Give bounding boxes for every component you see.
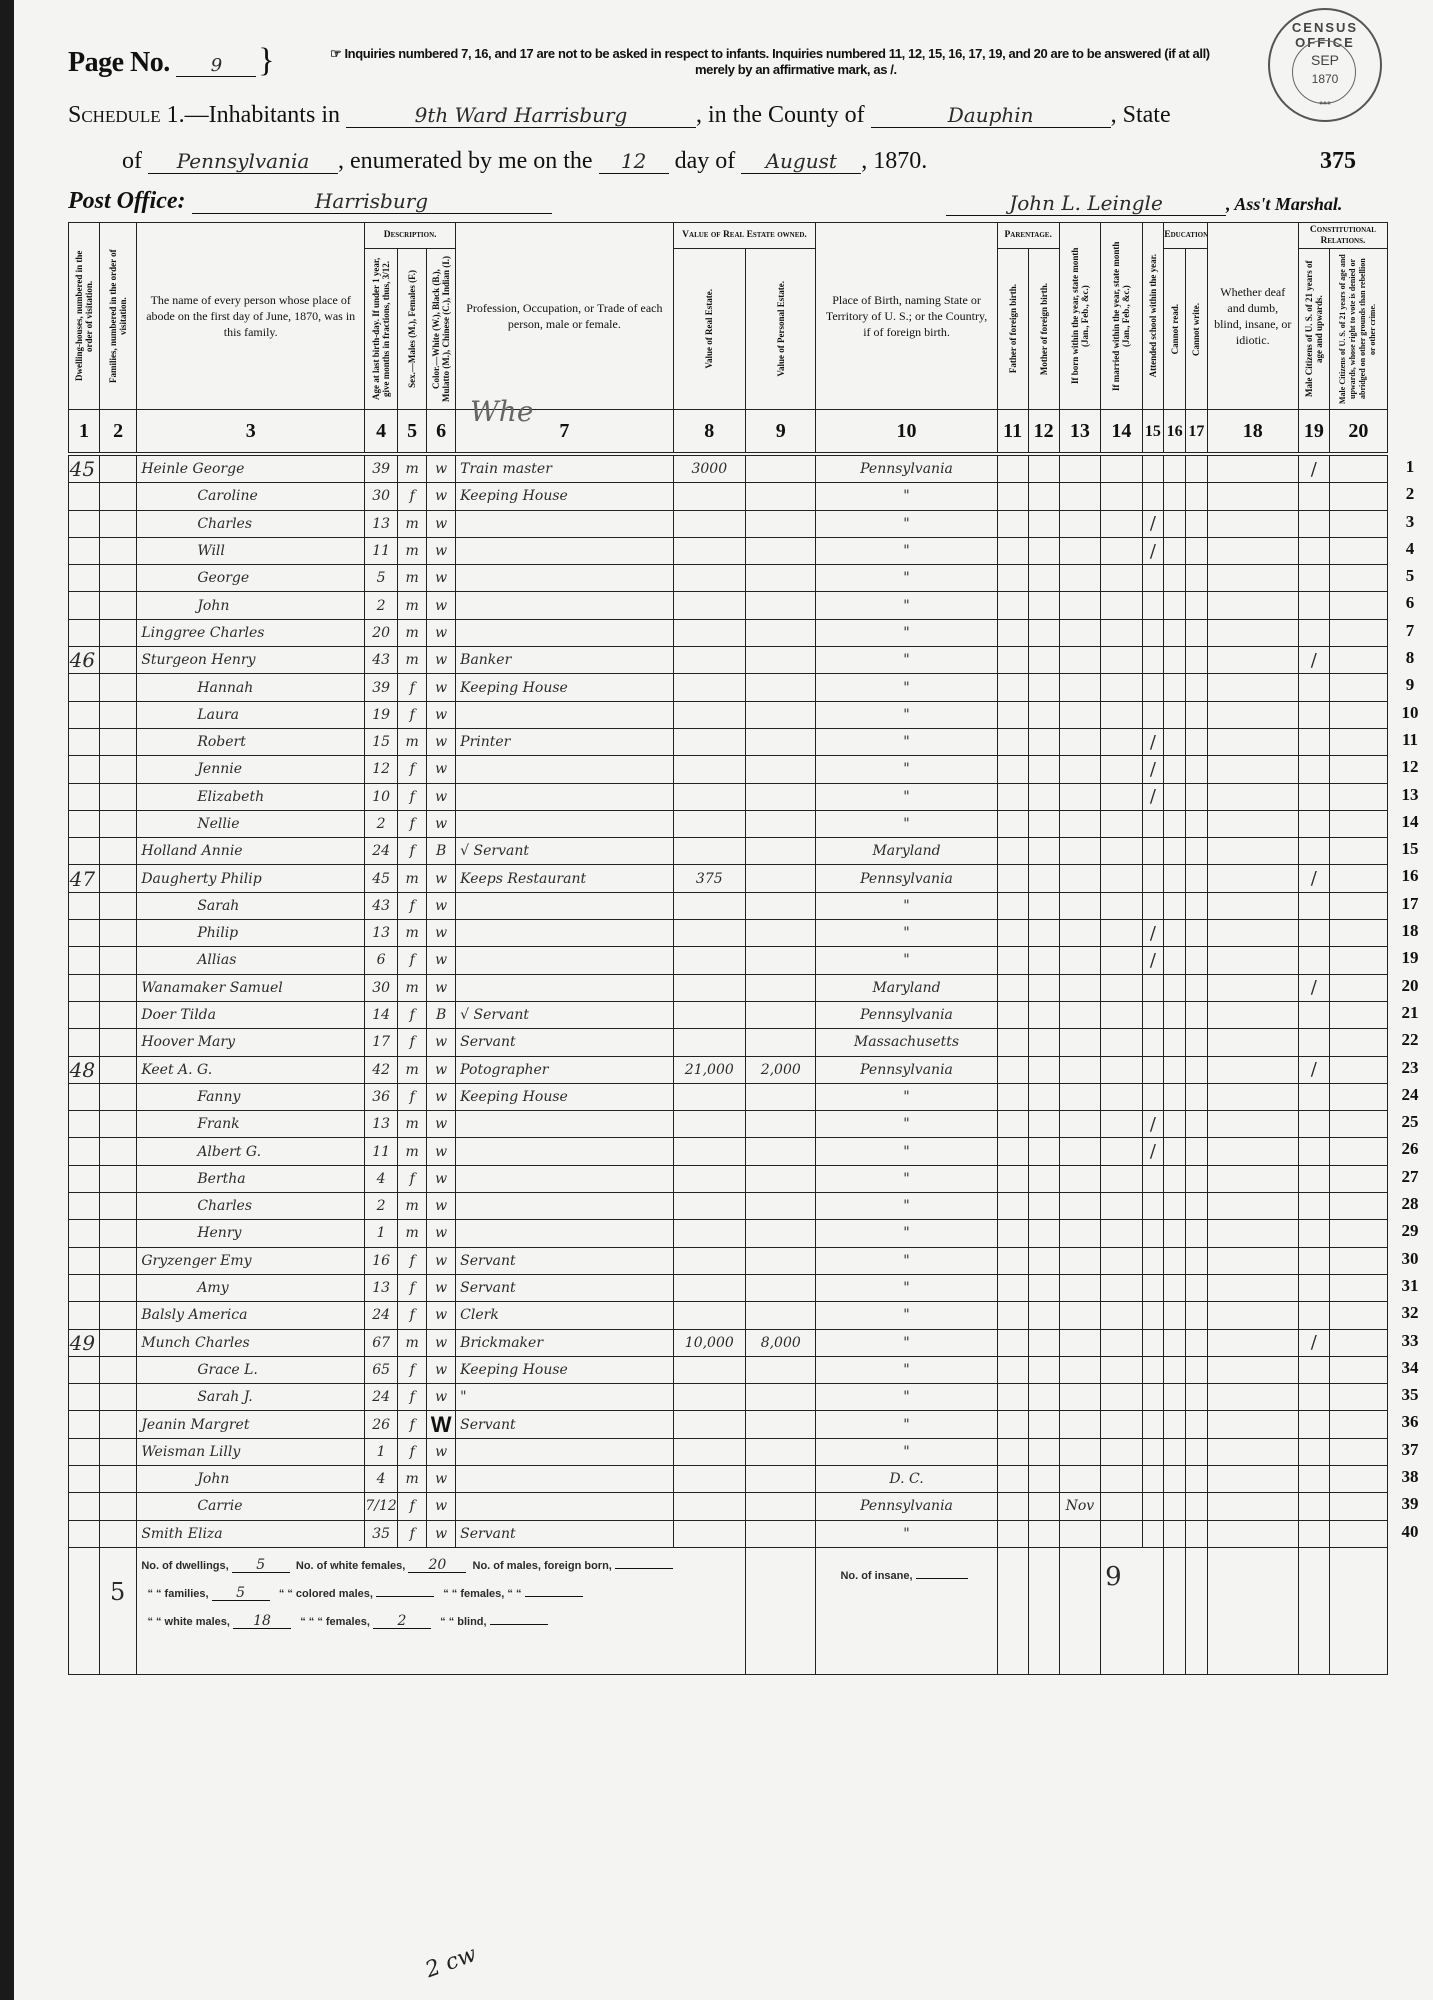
dwelling-number xyxy=(69,1111,100,1138)
attended-school xyxy=(1142,892,1164,919)
cannot-read xyxy=(1164,947,1186,974)
real-estate-value xyxy=(673,565,745,592)
dwelling-number xyxy=(69,1493,100,1520)
sex: f xyxy=(398,483,427,510)
person-name: Fanny xyxy=(137,1083,365,1110)
person-name: Jennie xyxy=(137,756,365,783)
line-number: 27 xyxy=(1390,1163,1430,1190)
real-estate-value xyxy=(673,947,745,974)
married-month xyxy=(1101,810,1142,837)
male-citizen xyxy=(1298,1001,1329,1028)
age: 11 xyxy=(365,537,398,564)
sex: f xyxy=(398,1165,427,1192)
married-month xyxy=(1101,892,1142,919)
mother-foreign xyxy=(1028,974,1059,1001)
birthplace: " xyxy=(816,1356,997,1383)
father-foreign xyxy=(997,783,1028,810)
line-number: 36 xyxy=(1390,1408,1430,1435)
vote-denied xyxy=(1329,1001,1387,1028)
dwelling-number xyxy=(69,756,100,783)
disability xyxy=(1207,592,1298,619)
married-month xyxy=(1101,1493,1142,1520)
cannot-read xyxy=(1164,537,1186,564)
color: w xyxy=(427,756,456,783)
occupation: Banker xyxy=(456,647,673,674)
cannot-write xyxy=(1185,1001,1207,1028)
table-row: Hannah39fwKeeping House" xyxy=(69,674,1388,701)
real-estate-value: 10,000 xyxy=(673,1329,745,1356)
color: w xyxy=(427,1356,456,1383)
vote-denied xyxy=(1329,1029,1387,1056)
attended-school xyxy=(1142,483,1164,510)
father-foreign xyxy=(997,1247,1028,1274)
cannot-read xyxy=(1164,810,1186,837)
vote-denied xyxy=(1329,783,1387,810)
born-month xyxy=(1059,1220,1100,1247)
color: w xyxy=(427,647,456,674)
color: w xyxy=(427,1302,456,1329)
age: 13 xyxy=(365,920,398,947)
age: 12 xyxy=(365,756,398,783)
sex: m xyxy=(398,1111,427,1138)
sex: m xyxy=(398,1220,427,1247)
cannot-read xyxy=(1164,674,1186,701)
married-month xyxy=(1101,1520,1142,1547)
page-number: Page No. 9} xyxy=(68,42,274,80)
mother-foreign xyxy=(1028,1329,1059,1356)
line-number: 33 xyxy=(1390,1327,1430,1354)
father-foreign xyxy=(997,728,1028,755)
line-number: 28 xyxy=(1390,1190,1430,1217)
cannot-write xyxy=(1185,1193,1207,1220)
real-estate-value xyxy=(673,1138,745,1165)
born-month xyxy=(1059,1029,1100,1056)
father-foreign xyxy=(997,947,1028,974)
male-citizen xyxy=(1298,1411,1329,1438)
table-row: Amy13fwServant" xyxy=(69,1274,1388,1301)
birthplace: " xyxy=(816,701,997,728)
vote-denied xyxy=(1329,1465,1387,1492)
age: 24 xyxy=(365,1302,398,1329)
age: 13 xyxy=(365,1274,398,1301)
cannot-write xyxy=(1185,810,1207,837)
vote-denied xyxy=(1329,454,1387,483)
family-number xyxy=(100,701,137,728)
mother-foreign xyxy=(1028,1111,1059,1138)
personal-estate-value xyxy=(746,974,816,1001)
line-number: 35 xyxy=(1390,1381,1430,1408)
scan-edge xyxy=(0,0,14,2000)
cannot-write xyxy=(1185,892,1207,919)
family-number xyxy=(100,1465,137,1492)
cannot-read xyxy=(1164,1493,1186,1520)
occupation: Potographer xyxy=(456,1056,673,1083)
vote-denied xyxy=(1329,728,1387,755)
cannot-read xyxy=(1164,592,1186,619)
attended-school xyxy=(1142,701,1164,728)
person-name: Hoover Mary xyxy=(137,1029,365,1056)
person-name: Holland Annie xyxy=(137,838,365,865)
attended-school xyxy=(1142,1302,1164,1329)
male-citizen xyxy=(1298,1465,1329,1492)
family-number xyxy=(100,1083,137,1110)
column-numbers: 1234567891011121314151617181920 xyxy=(69,410,1388,455)
person-name: Sarah xyxy=(137,892,365,919)
personal-estate-value xyxy=(746,619,816,646)
disability xyxy=(1207,701,1298,728)
occupation: Keeping House xyxy=(456,483,673,510)
male-citizen xyxy=(1298,1111,1329,1138)
table-row: John2mw" xyxy=(69,592,1388,619)
family-number xyxy=(100,756,137,783)
table-row: 47Daugherty Philip45mwKeeps Restaurant37… xyxy=(69,865,1388,892)
attended-school: / xyxy=(1142,920,1164,947)
male-citizen xyxy=(1298,1029,1329,1056)
cannot-write xyxy=(1185,1247,1207,1274)
married-month xyxy=(1101,537,1142,564)
personal-estate-value xyxy=(746,674,816,701)
table-row: Nellie2fw" xyxy=(69,810,1388,837)
occupation: Keeping House xyxy=(456,674,673,701)
line-number: 40 xyxy=(1390,1518,1430,1545)
line-number: 14 xyxy=(1390,808,1430,835)
line-number: 23 xyxy=(1390,1054,1430,1081)
color: w xyxy=(427,947,456,974)
married-month xyxy=(1101,701,1142,728)
table-row: Laura19fw" xyxy=(69,701,1388,728)
father-foreign xyxy=(997,454,1028,483)
cannot-write xyxy=(1185,974,1207,1001)
married-month xyxy=(1101,1329,1142,1356)
father-foreign xyxy=(997,1274,1028,1301)
real-estate-value: 375 xyxy=(673,865,745,892)
birthplace: " xyxy=(816,947,997,974)
color: w xyxy=(427,1438,456,1465)
cannot-read xyxy=(1164,1438,1186,1465)
sex: m xyxy=(398,1138,427,1165)
cannot-write xyxy=(1185,1220,1207,1247)
table-row: Holland Annie24fB√ ServantMaryland xyxy=(69,838,1388,865)
line-number: 37 xyxy=(1390,1436,1430,1463)
personal-estate-value xyxy=(746,483,816,510)
color: w xyxy=(427,454,456,483)
mother-foreign xyxy=(1028,1193,1059,1220)
personal-estate-value xyxy=(746,892,816,919)
born-month xyxy=(1059,510,1100,537)
line-number: 12 xyxy=(1390,753,1430,780)
occupation: Servant xyxy=(456,1247,673,1274)
mother-foreign xyxy=(1028,783,1059,810)
mother-foreign xyxy=(1028,674,1059,701)
cannot-read xyxy=(1164,728,1186,755)
father-foreign xyxy=(997,1220,1028,1247)
family-number xyxy=(100,1438,137,1465)
born-month xyxy=(1059,674,1100,701)
table-row: Albert G.11mw"/ xyxy=(69,1138,1388,1165)
personal-estate-value xyxy=(746,510,816,537)
color: w xyxy=(427,1520,456,1547)
mother-foreign xyxy=(1028,1384,1059,1411)
father-foreign xyxy=(997,1356,1028,1383)
line-number: 31 xyxy=(1390,1272,1430,1299)
father-foreign xyxy=(997,1029,1028,1056)
married-month xyxy=(1101,1220,1142,1247)
age: 15 xyxy=(365,728,398,755)
color: W xyxy=(427,1411,456,1438)
father-foreign xyxy=(997,1056,1028,1083)
disability xyxy=(1207,510,1298,537)
person-name: Balsly America xyxy=(137,1302,365,1329)
male-citizen: / xyxy=(1298,1056,1329,1083)
real-estate-value xyxy=(673,701,745,728)
table-row: Jennie12fw"/ xyxy=(69,756,1388,783)
attended-school xyxy=(1142,1220,1164,1247)
cannot-write xyxy=(1185,647,1207,674)
attended-school: / xyxy=(1142,728,1164,755)
occupation xyxy=(456,892,673,919)
school-total: 9 xyxy=(1101,1547,1164,1674)
table-row: Bertha4fw" xyxy=(69,1165,1388,1192)
sex: f xyxy=(398,1384,427,1411)
day-value: 12 xyxy=(599,149,669,174)
cannot-write xyxy=(1185,1520,1207,1547)
person-name: Daugherty Philip xyxy=(137,865,365,892)
real-estate-value xyxy=(673,537,745,564)
born-month xyxy=(1059,920,1100,947)
cannot-write xyxy=(1185,592,1207,619)
born-month xyxy=(1059,974,1100,1001)
census-rows: 45Heinle George39mwTrain master3000Penns… xyxy=(69,454,1388,1547)
born-month xyxy=(1059,1165,1100,1192)
cannot-read xyxy=(1164,920,1186,947)
cannot-write xyxy=(1185,1029,1207,1056)
birthplace: " xyxy=(816,756,997,783)
family-number xyxy=(100,1056,137,1083)
color: w xyxy=(427,1384,456,1411)
vote-denied xyxy=(1329,1220,1387,1247)
dwelling-number xyxy=(69,674,100,701)
person-name: Weisman Lilly xyxy=(137,1438,365,1465)
table-row: Fanny36fwKeeping House" xyxy=(69,1083,1388,1110)
dwelling-number xyxy=(69,974,100,1001)
mother-foreign xyxy=(1028,565,1059,592)
personal-estate-value xyxy=(746,1274,816,1301)
birthplace: Pennsylvania xyxy=(816,865,997,892)
born-month xyxy=(1059,892,1100,919)
color: w xyxy=(427,1465,456,1492)
real-estate-value xyxy=(673,756,745,783)
family-number xyxy=(100,947,137,974)
occupation xyxy=(456,974,673,1001)
father-foreign xyxy=(997,1111,1028,1138)
line-number: 1 xyxy=(1390,453,1430,480)
age: 14 xyxy=(365,1001,398,1028)
father-foreign xyxy=(997,619,1028,646)
vote-denied xyxy=(1329,1193,1387,1220)
disability xyxy=(1207,947,1298,974)
married-month xyxy=(1101,1302,1142,1329)
dwelling-number xyxy=(69,1165,100,1192)
personal-estate-value xyxy=(746,1493,816,1520)
family-number xyxy=(100,1493,137,1520)
color: w xyxy=(427,892,456,919)
family-number xyxy=(100,974,137,1001)
cannot-write xyxy=(1185,1411,1207,1438)
married-month xyxy=(1101,1274,1142,1301)
personal-estate-value xyxy=(746,592,816,619)
born-month xyxy=(1059,947,1100,974)
dwelling-tally: 5 xyxy=(100,1547,137,1674)
father-foreign xyxy=(997,1329,1028,1356)
born-month xyxy=(1059,1356,1100,1383)
real-estate-value xyxy=(673,728,745,755)
vote-denied xyxy=(1329,920,1387,947)
sex: f xyxy=(398,1411,427,1438)
mother-foreign xyxy=(1028,1274,1059,1301)
family-number xyxy=(100,920,137,947)
line-number: 38 xyxy=(1390,1463,1430,1490)
mother-foreign xyxy=(1028,892,1059,919)
disability xyxy=(1207,892,1298,919)
vote-denied xyxy=(1329,1083,1387,1110)
male-citizen xyxy=(1298,510,1329,537)
disability xyxy=(1207,920,1298,947)
married-month xyxy=(1101,947,1142,974)
male-citizen: / xyxy=(1298,974,1329,1001)
age: 45 xyxy=(365,865,398,892)
personal-estate-value xyxy=(746,1193,816,1220)
cannot-write xyxy=(1185,1138,1207,1165)
sex: m xyxy=(398,619,427,646)
sex: m xyxy=(398,1193,427,1220)
age: 10 xyxy=(365,783,398,810)
married-month xyxy=(1101,1193,1142,1220)
attended-school xyxy=(1142,674,1164,701)
age: 24 xyxy=(365,838,398,865)
age: 13 xyxy=(365,510,398,537)
age: 2 xyxy=(365,1193,398,1220)
father-foreign xyxy=(997,537,1028,564)
cannot-write xyxy=(1185,537,1207,564)
birthplace: Pennsylvania xyxy=(816,1056,997,1083)
cannot-write xyxy=(1185,756,1207,783)
married-month xyxy=(1101,1356,1142,1383)
personal-estate-value xyxy=(746,1001,816,1028)
family-number xyxy=(100,1302,137,1329)
line-number: 13 xyxy=(1390,781,1430,808)
real-estate-value xyxy=(673,1247,745,1274)
personal-estate-value xyxy=(746,920,816,947)
color: w xyxy=(427,783,456,810)
personal-estate-value xyxy=(746,1220,816,1247)
col18-header: Whether deaf and dumb, blind, insane, or… xyxy=(1207,223,1298,410)
sex: m xyxy=(398,647,427,674)
family-number xyxy=(100,1274,137,1301)
real-estate-value xyxy=(673,783,745,810)
state-value: Pennsylvania xyxy=(148,149,338,174)
sex: m xyxy=(398,728,427,755)
family-number xyxy=(100,1520,137,1547)
table-row: Will11mw"/ xyxy=(69,537,1388,564)
birthplace: " xyxy=(816,1220,997,1247)
family-number xyxy=(100,483,137,510)
family-number xyxy=(100,838,137,865)
occupation: Brickmaker xyxy=(456,1329,673,1356)
occupation xyxy=(456,1138,673,1165)
vote-denied xyxy=(1329,810,1387,837)
birthplace: " xyxy=(816,1083,997,1110)
column7-scratch: Whe xyxy=(470,395,533,428)
family-number xyxy=(100,674,137,701)
age: 30 xyxy=(365,974,398,1001)
dwelling-number xyxy=(69,1384,100,1411)
birthplace: Pennsylvania xyxy=(816,1001,997,1028)
real-estate-value xyxy=(673,1356,745,1383)
married-month xyxy=(1101,647,1142,674)
dwelling-number xyxy=(69,1302,100,1329)
married-month xyxy=(1101,1384,1142,1411)
real-estate-value xyxy=(673,1465,745,1492)
male-citizen xyxy=(1298,592,1329,619)
vote-denied xyxy=(1329,510,1387,537)
cannot-read xyxy=(1164,1138,1186,1165)
male-citizen xyxy=(1298,483,1329,510)
cannot-read xyxy=(1164,1247,1186,1274)
born-month xyxy=(1059,619,1100,646)
personal-estate-value xyxy=(746,1029,816,1056)
color: w xyxy=(427,1165,456,1192)
real-estate-value xyxy=(673,1001,745,1028)
father-foreign xyxy=(997,1083,1028,1110)
sex: f xyxy=(398,1302,427,1329)
line-number: 21 xyxy=(1390,999,1430,1026)
occupation xyxy=(456,537,673,564)
age: 11 xyxy=(365,1138,398,1165)
table-row: Frank13mw"/ xyxy=(69,1111,1388,1138)
born-month xyxy=(1059,1302,1100,1329)
birthplace: " xyxy=(816,647,997,674)
family-number xyxy=(100,537,137,564)
disability xyxy=(1207,783,1298,810)
personal-estate-value xyxy=(746,1438,816,1465)
cannot-write xyxy=(1185,1356,1207,1383)
cannot-read xyxy=(1164,1220,1186,1247)
born-month xyxy=(1059,756,1100,783)
father-foreign xyxy=(997,1138,1028,1165)
born-month xyxy=(1059,1138,1100,1165)
married-month xyxy=(1101,1001,1142,1028)
family-number xyxy=(100,510,137,537)
age: 24 xyxy=(365,1384,398,1411)
color: w xyxy=(427,701,456,728)
disability xyxy=(1207,1465,1298,1492)
male-citizen xyxy=(1298,1520,1329,1547)
vote-denied xyxy=(1329,1520,1387,1547)
color: w xyxy=(427,1083,456,1110)
attended-school: / xyxy=(1142,756,1164,783)
age: 43 xyxy=(365,647,398,674)
attended-school xyxy=(1142,1465,1164,1492)
attended-school xyxy=(1142,565,1164,592)
attended-school xyxy=(1142,1165,1164,1192)
birthplace: " xyxy=(816,920,997,947)
cannot-read xyxy=(1164,565,1186,592)
vote-denied xyxy=(1329,1329,1387,1356)
family-number xyxy=(100,1138,137,1165)
color: w xyxy=(427,920,456,947)
age: 2 xyxy=(365,810,398,837)
line-number: 32 xyxy=(1390,1299,1430,1326)
